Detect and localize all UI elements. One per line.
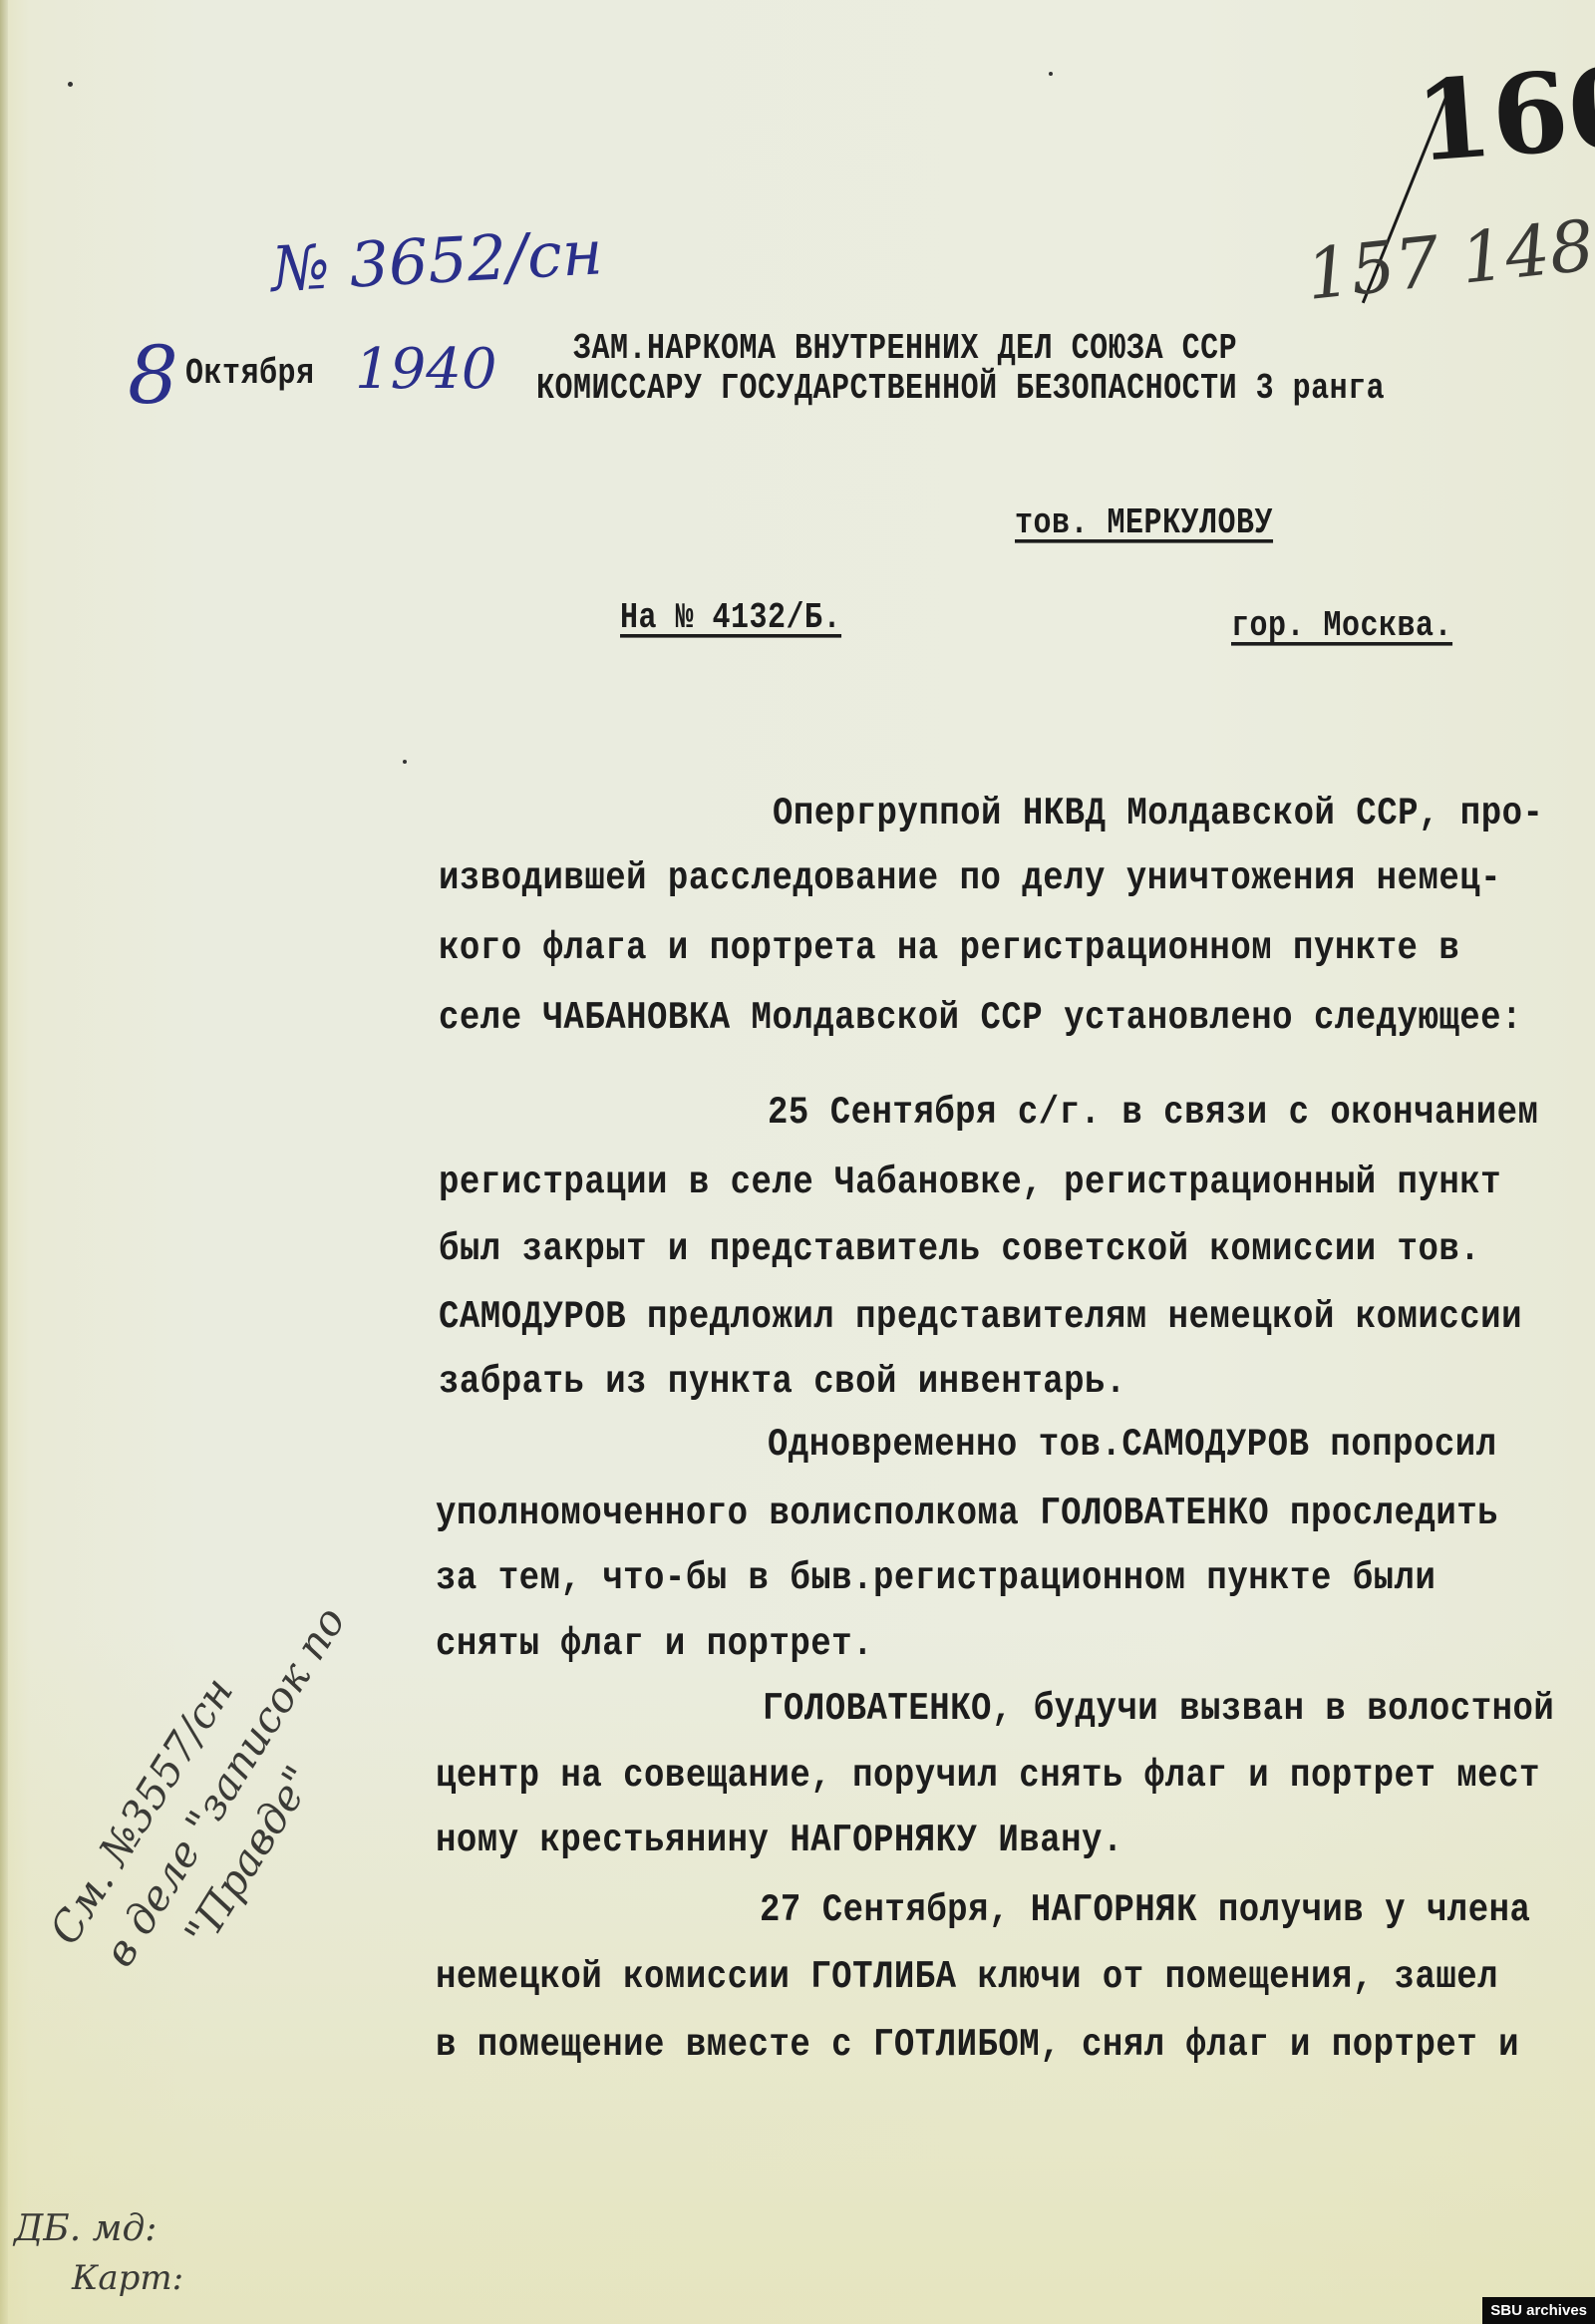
body-line: ному крестьянину НАГОРНЯКУ Ивану. bbox=[436, 1820, 1123, 1863]
body-line: забрать из пункта свой инвентарь. bbox=[439, 1361, 1126, 1405]
body-line: за тем, что-бы в быв.регистрационном пун… bbox=[436, 1557, 1435, 1601]
paper-speck bbox=[1049, 72, 1053, 76]
bottom-note-line-1: ДБ. мд: bbox=[14, 2208, 157, 2249]
recipient-line-1: ЗАМ.НАРКОМА ВНУТРЕННИХ ДЕЛ СОЮЗА ССР bbox=[573, 329, 1237, 370]
body-line: сняты флаг и портрет. bbox=[436, 1623, 873, 1667]
body-line: регистрации в селе Чабановке, регистраци… bbox=[439, 1162, 1501, 1205]
city: гор. Москва. bbox=[1231, 606, 1452, 647]
recipient-line-2: КОМИССАРУ ГОСУДАРСТВЕННОЙ БЕЗОПАСНОСТИ 3… bbox=[536, 369, 1385, 410]
page-binding-edge bbox=[0, 0, 8, 2324]
archive-watermark: SBU archives bbox=[1482, 2297, 1595, 2324]
body-line: уполномоченного волисполкома ГОЛОВАТЕНКО… bbox=[436, 1493, 1498, 1536]
addressee: тов. МЕРКУЛОВУ bbox=[1015, 503, 1273, 544]
body-line: Опергруппой НКВД Молдавской ССР, про- bbox=[773, 793, 1543, 836]
body-line: ГОЛОВАТЕНКО, будучи вызван в волостной bbox=[763, 1688, 1554, 1732]
body-line: был закрыт и представитель советской ком… bbox=[439, 1228, 1480, 1272]
date-month: Октября bbox=[185, 354, 315, 395]
body-line: кого флага и портрета на регистрационном… bbox=[439, 927, 1459, 971]
paper-speck bbox=[68, 82, 73, 87]
body-line: 25 Сентября с/г. в связи с окончанием bbox=[768, 1092, 1538, 1136]
margin-note: См. №3557/сн в деле "записок по "Правде" bbox=[10, 1334, 377, 1777]
handwritten-date-year: 1940 bbox=[355, 337, 497, 402]
paper-speck bbox=[403, 760, 407, 764]
body-line: Одновременно тов.САМОДУРОВ попросил bbox=[768, 1424, 1497, 1468]
body-line: 27 Сентября, НАГОРНЯК получив у члена bbox=[760, 1889, 1530, 1933]
reference-number: На № 4132/Б. bbox=[620, 598, 841, 639]
folio-crossed-numbers: 157 148 bbox=[1303, 204, 1595, 316]
body-line: САМОДУРОВ предложил представителям немец… bbox=[439, 1296, 1522, 1340]
body-line: немецкой комиссии ГОТЛИБА ключи от помещ… bbox=[436, 1956, 1498, 2000]
body-line: изводившей расследование по делу уничтож… bbox=[439, 857, 1501, 901]
body-line: в помещение вместе с ГОТЛИБОМ, снял флаг… bbox=[436, 2024, 1519, 2068]
bottom-note-line-2: Карт: bbox=[72, 2258, 183, 2298]
body-line: селе ЧАБАНОВКА Молдавской ССР установлен… bbox=[439, 997, 1522, 1041]
handwritten-reference-number: № 3652/сн bbox=[269, 215, 604, 305]
body-line: центр на совещание, поручил снять флаг и… bbox=[436, 1755, 1540, 1799]
handwritten-date-day: 8 bbox=[128, 329, 178, 422]
